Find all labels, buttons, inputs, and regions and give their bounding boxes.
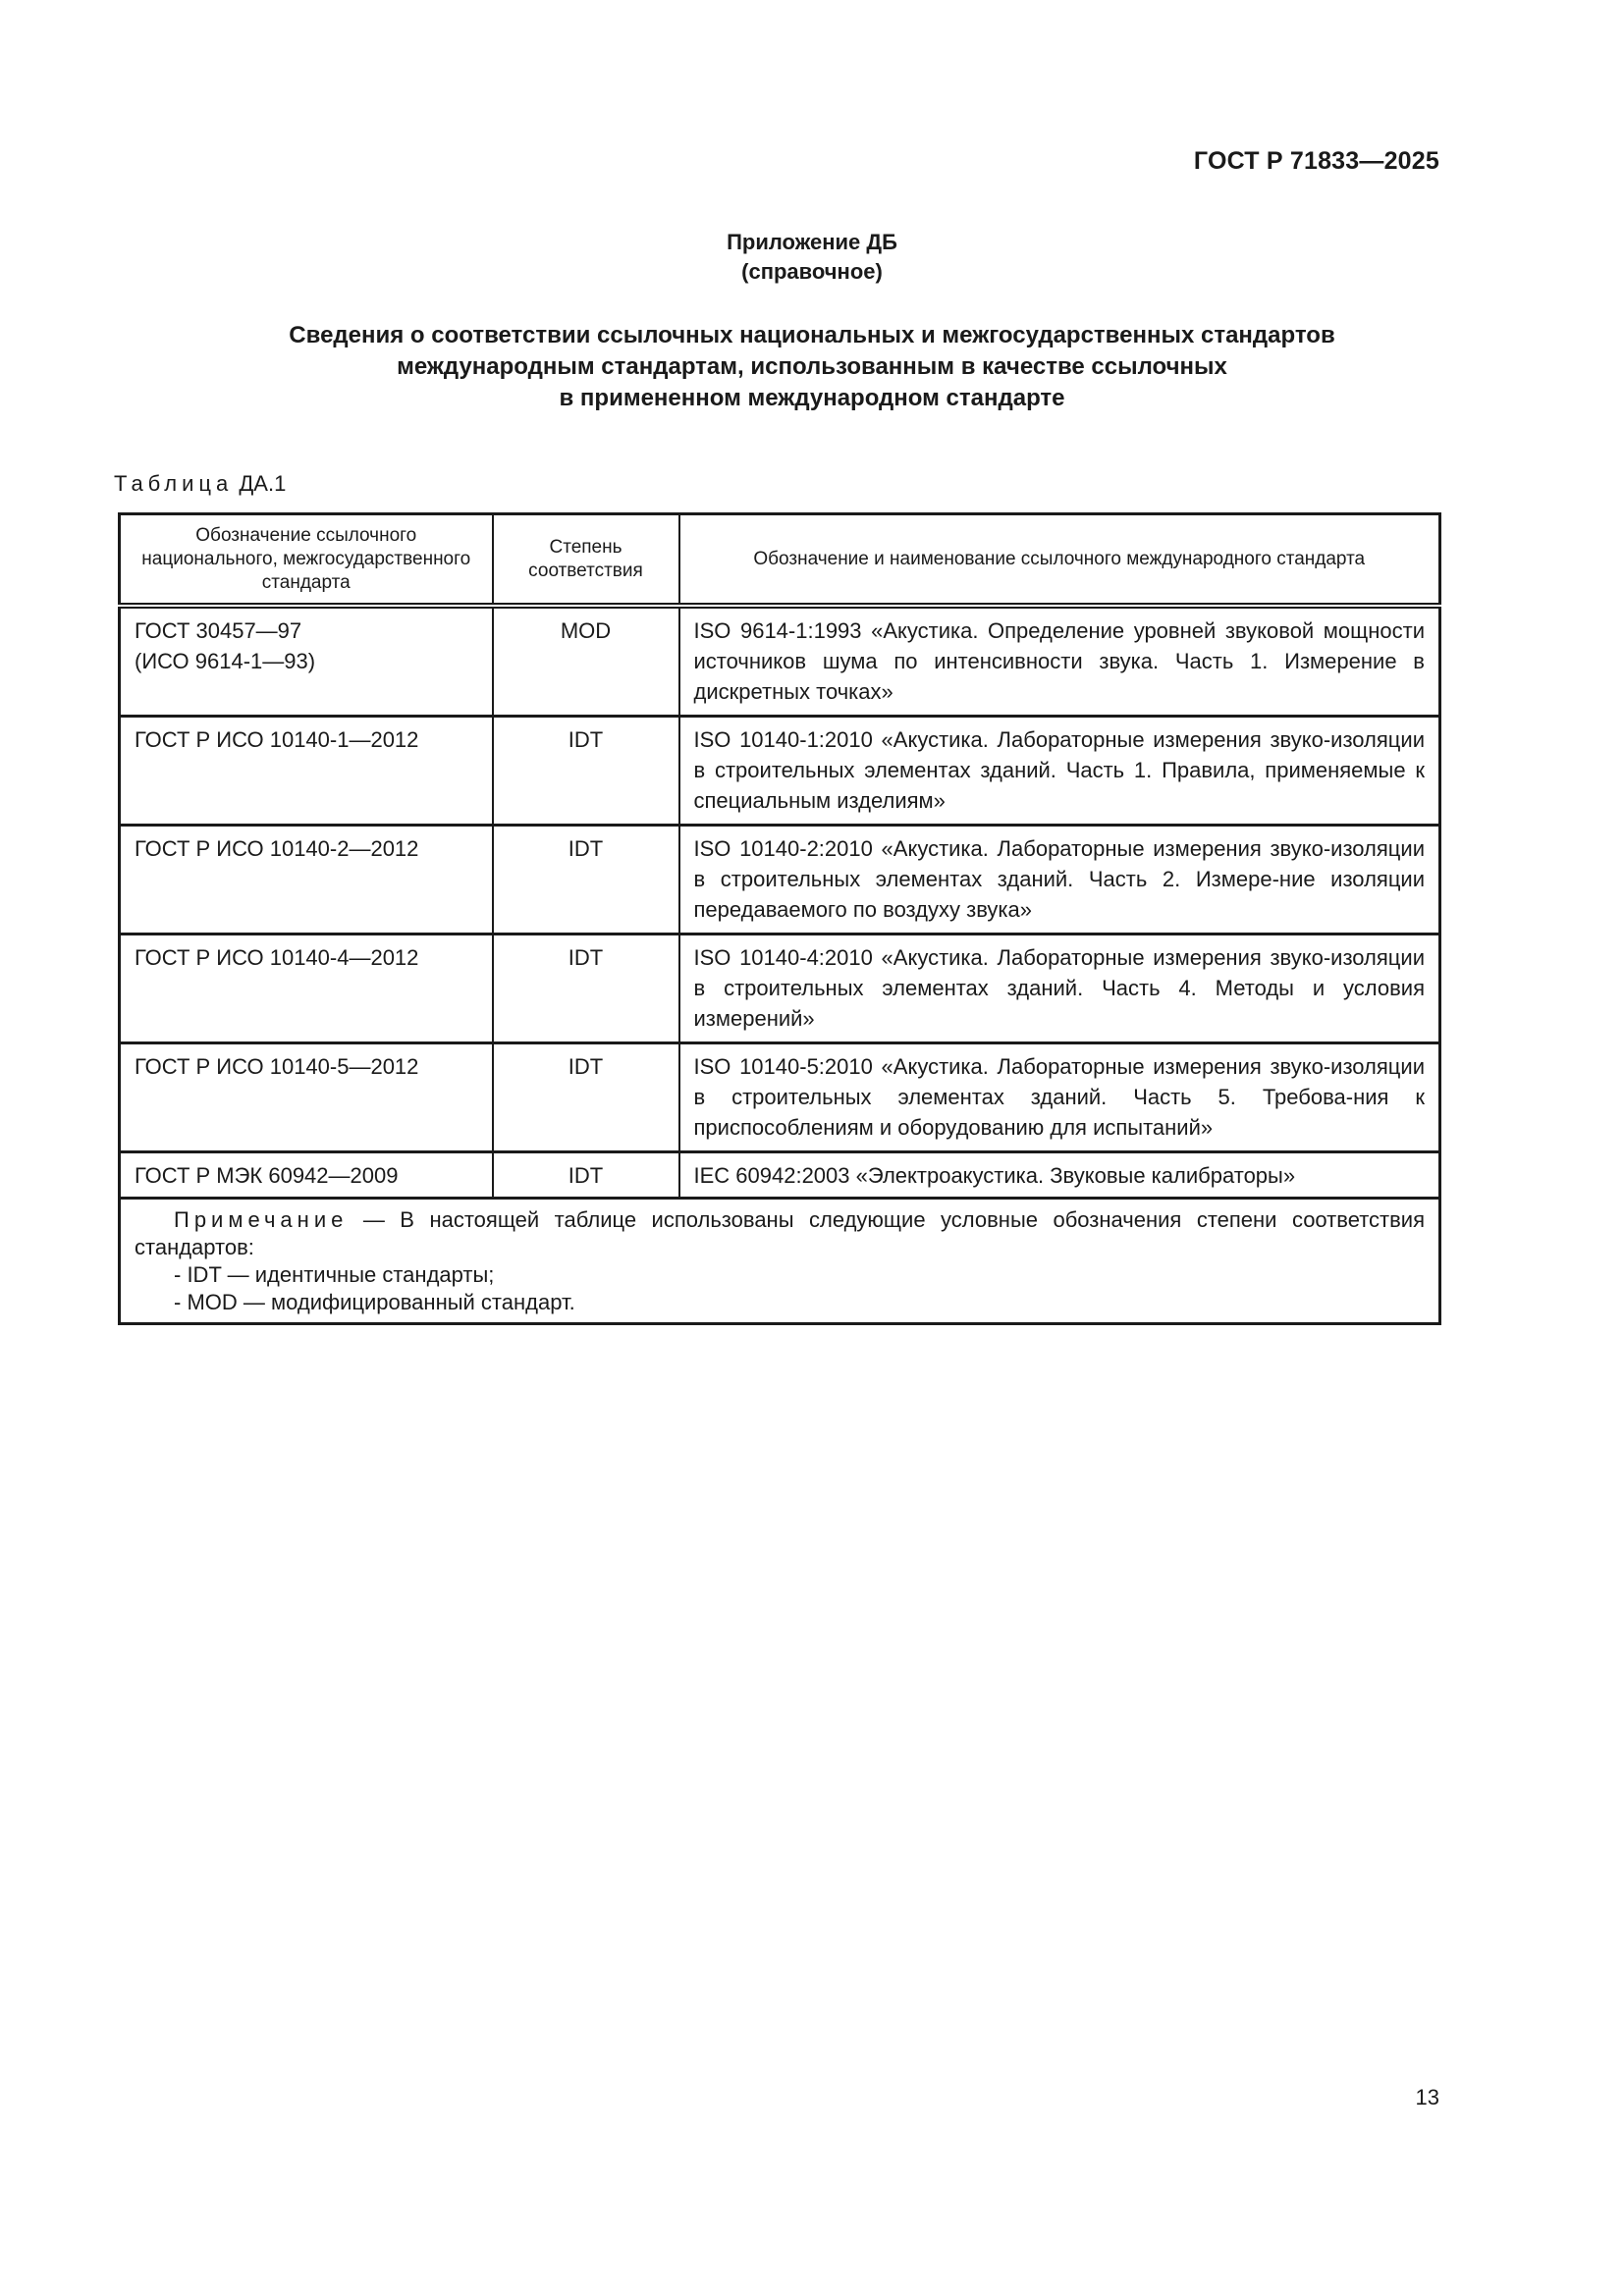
note-text: Примечание — В настоящей таблице использ… bbox=[135, 1206, 1425, 1261]
note-label: Примечание bbox=[174, 1207, 348, 1232]
national-standard: ГОСТ 30457—97 bbox=[135, 615, 478, 646]
table-row: ГОСТ 30457—97 (ИСО 9614-1—93) MOD ISO 96… bbox=[120, 606, 1440, 717]
table-row: ГОСТ Р ИСО 10140-1—2012 IDT ISO 10140-1:… bbox=[120, 717, 1440, 826]
national-standard-cell: ГОСТ Р ИСО 10140-1—2012 bbox=[120, 717, 493, 826]
international-standard-cell: ISO 10140-5:2010 «Акустика. Лабораторные… bbox=[679, 1043, 1440, 1152]
national-standard-cell: ГОСТ 30457—97 (ИСО 9614-1—93) bbox=[120, 606, 493, 717]
international-standard-cell: ISO 10140-4:2010 «Акустика. Лабораторные… bbox=[679, 934, 1440, 1043]
note-item-idt: - IDT — идентичные стандарты; bbox=[135, 1261, 1425, 1289]
table-caption-number: ДА.1 bbox=[239, 471, 286, 496]
column-header-national: Обозначение ссылочного национального, ме… bbox=[120, 514, 493, 607]
degree-cell: IDT bbox=[493, 717, 679, 826]
national-standard-cell: ГОСТ Р ИСО 10140-5—2012 bbox=[120, 1043, 493, 1152]
national-standard-equivalent: (ИСО 9614-1—93) bbox=[135, 646, 478, 676]
appendix-heading: Приложение ДБ (справочное) bbox=[0, 228, 1624, 287]
table-note-row: Примечание — В настоящей таблице использ… bbox=[120, 1199, 1440, 1324]
column-header-degree: Степень соответствия bbox=[493, 514, 679, 607]
national-standard-cell: ГОСТ Р МЭК 60942—2009 bbox=[120, 1152, 493, 1199]
table-row: ГОСТ Р ИСО 10140-2—2012 IDT ISO 10140-2:… bbox=[120, 826, 1440, 934]
page-number: 13 bbox=[1416, 2085, 1439, 2110]
table-caption: Таблица ДА.1 bbox=[114, 471, 286, 497]
title-line-2: международным стандартам, использованным… bbox=[0, 351, 1624, 383]
international-standard-cell: ISO 10140-1:2010 «Акустика. Лабораторные… bbox=[679, 717, 1440, 826]
international-standard-cell: IEC 60942:2003 «Электроакустика. Звуковы… bbox=[679, 1152, 1440, 1199]
table-caption-word: Таблица bbox=[114, 471, 233, 496]
degree-cell: IDT bbox=[493, 1152, 679, 1199]
title-line-1: Сведения о соответствии ссылочных национ… bbox=[0, 320, 1624, 351]
column-header-international: Обозначение и наименование ссылочного ме… bbox=[679, 514, 1440, 607]
reference-standards-table: Обозначение ссылочного национального, ме… bbox=[118, 512, 1441, 1325]
table-row: ГОСТ Р ИСО 10140-4—2012 IDT ISO 10140-4:… bbox=[120, 934, 1440, 1043]
national-standard-cell: ГОСТ Р ИСО 10140-4—2012 bbox=[120, 934, 493, 1043]
table-header-row: Обозначение ссылочного национального, ме… bbox=[120, 514, 1440, 607]
title-line-3: в примененном международном стандарте bbox=[0, 383, 1624, 414]
degree-cell: IDT bbox=[493, 826, 679, 934]
page-title: Сведения о соответствии ссылочных национ… bbox=[0, 320, 1624, 414]
international-standard-cell: ISO 10140-2:2010 «Акустика. Лабораторные… bbox=[679, 826, 1440, 934]
document-code: ГОСТ Р 71833—2025 bbox=[1194, 147, 1439, 176]
appendix-status: (справочное) bbox=[0, 257, 1624, 287]
international-standard-cell: ISO 9614-1:1993 «Акустика. Определение у… bbox=[679, 606, 1440, 717]
degree-cell: IDT bbox=[493, 1043, 679, 1152]
national-standard-cell: ГОСТ Р ИСО 10140-2—2012 bbox=[120, 826, 493, 934]
appendix-label: Приложение ДБ bbox=[0, 228, 1624, 257]
table-row: ГОСТ Р ИСО 10140-5—2012 IDT ISO 10140-5:… bbox=[120, 1043, 1440, 1152]
table-note: Примечание — В настоящей таблице использ… bbox=[120, 1199, 1440, 1324]
table-row: ГОСТ Р МЭК 60942—2009 IDT IEC 60942:2003… bbox=[120, 1152, 1440, 1199]
degree-cell: MOD bbox=[493, 606, 679, 717]
degree-cell: IDT bbox=[493, 934, 679, 1043]
note-item-mod: - MOD — модифицированный стандарт. bbox=[135, 1289, 1425, 1316]
